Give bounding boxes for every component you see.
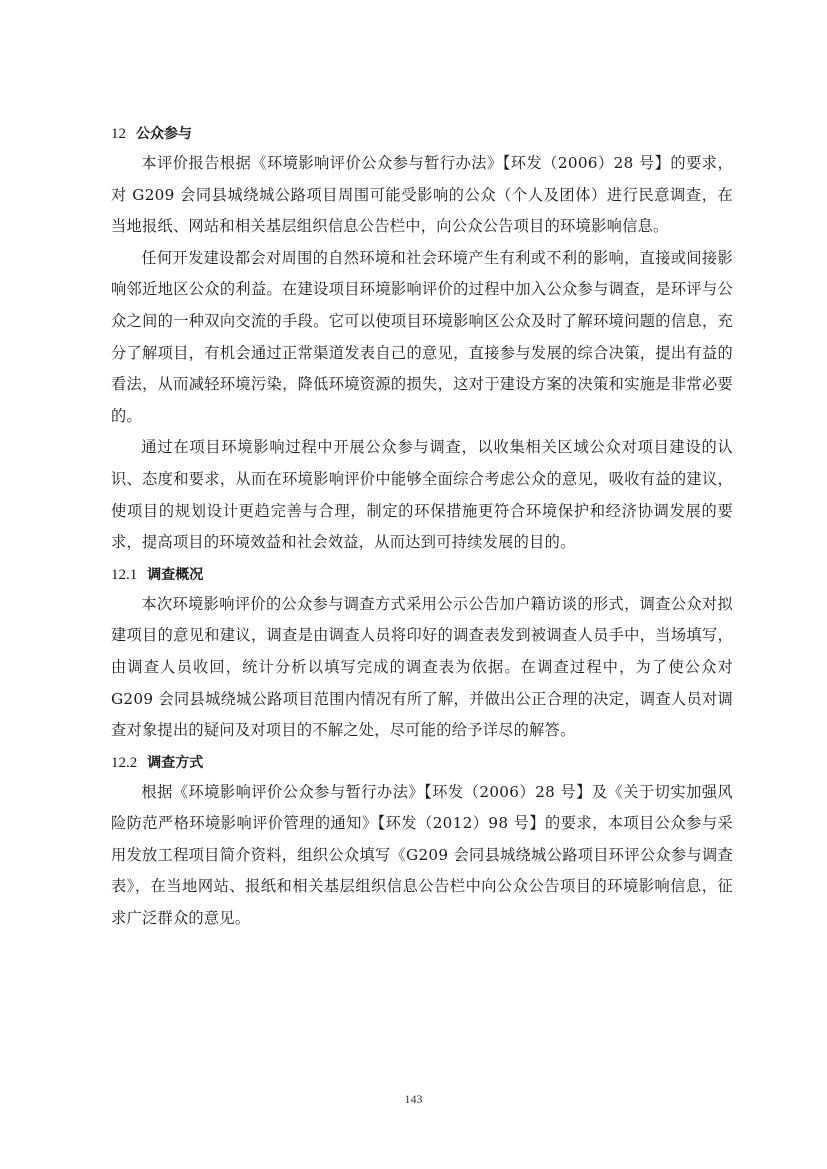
paragraph: 通过在项目环境影响过程中开展公众参与调查，以收集相关区域公众对项目建设的认识、态… [111,432,733,558]
section-title: 调查方式 [147,755,203,771]
section-number: 12.1 [111,567,137,583]
section-heading-12-1: 12.1调查概况 [111,559,733,589]
section-heading-12-2: 12.2调查方式 [111,747,733,777]
page-number: 143 [0,1092,827,1107]
paragraph: 本次环境影响评价的公众参与调查方式采用公示公告加户籍访谈的形式，调查公众对拟建项… [111,589,733,747]
document-page: 12公众参与 本评价报告根据《环境影响评价公众参与暂行办法》【环发（2006）2… [111,118,733,935]
section-title: 调查概况 [147,567,203,583]
paragraph: 本评价报告根据《环境影响评价公众参与暂行办法》【环发（2006）28 号】的要求… [111,148,733,243]
paragraph: 根据《环境影响评价公众参与暂行办法》【环发（2006）28 号】及《关于切实加强… [111,777,733,935]
section-number: 12.2 [111,755,137,771]
section-heading-12: 12公众参与 [111,118,733,148]
paragraph: 任何开发建设都会对周围的自然环境和社会环境产生有利或不利的影响，直接或间接影响邻… [111,243,733,433]
section-title: 公众参与 [136,126,192,142]
section-number: 12 [111,126,126,142]
